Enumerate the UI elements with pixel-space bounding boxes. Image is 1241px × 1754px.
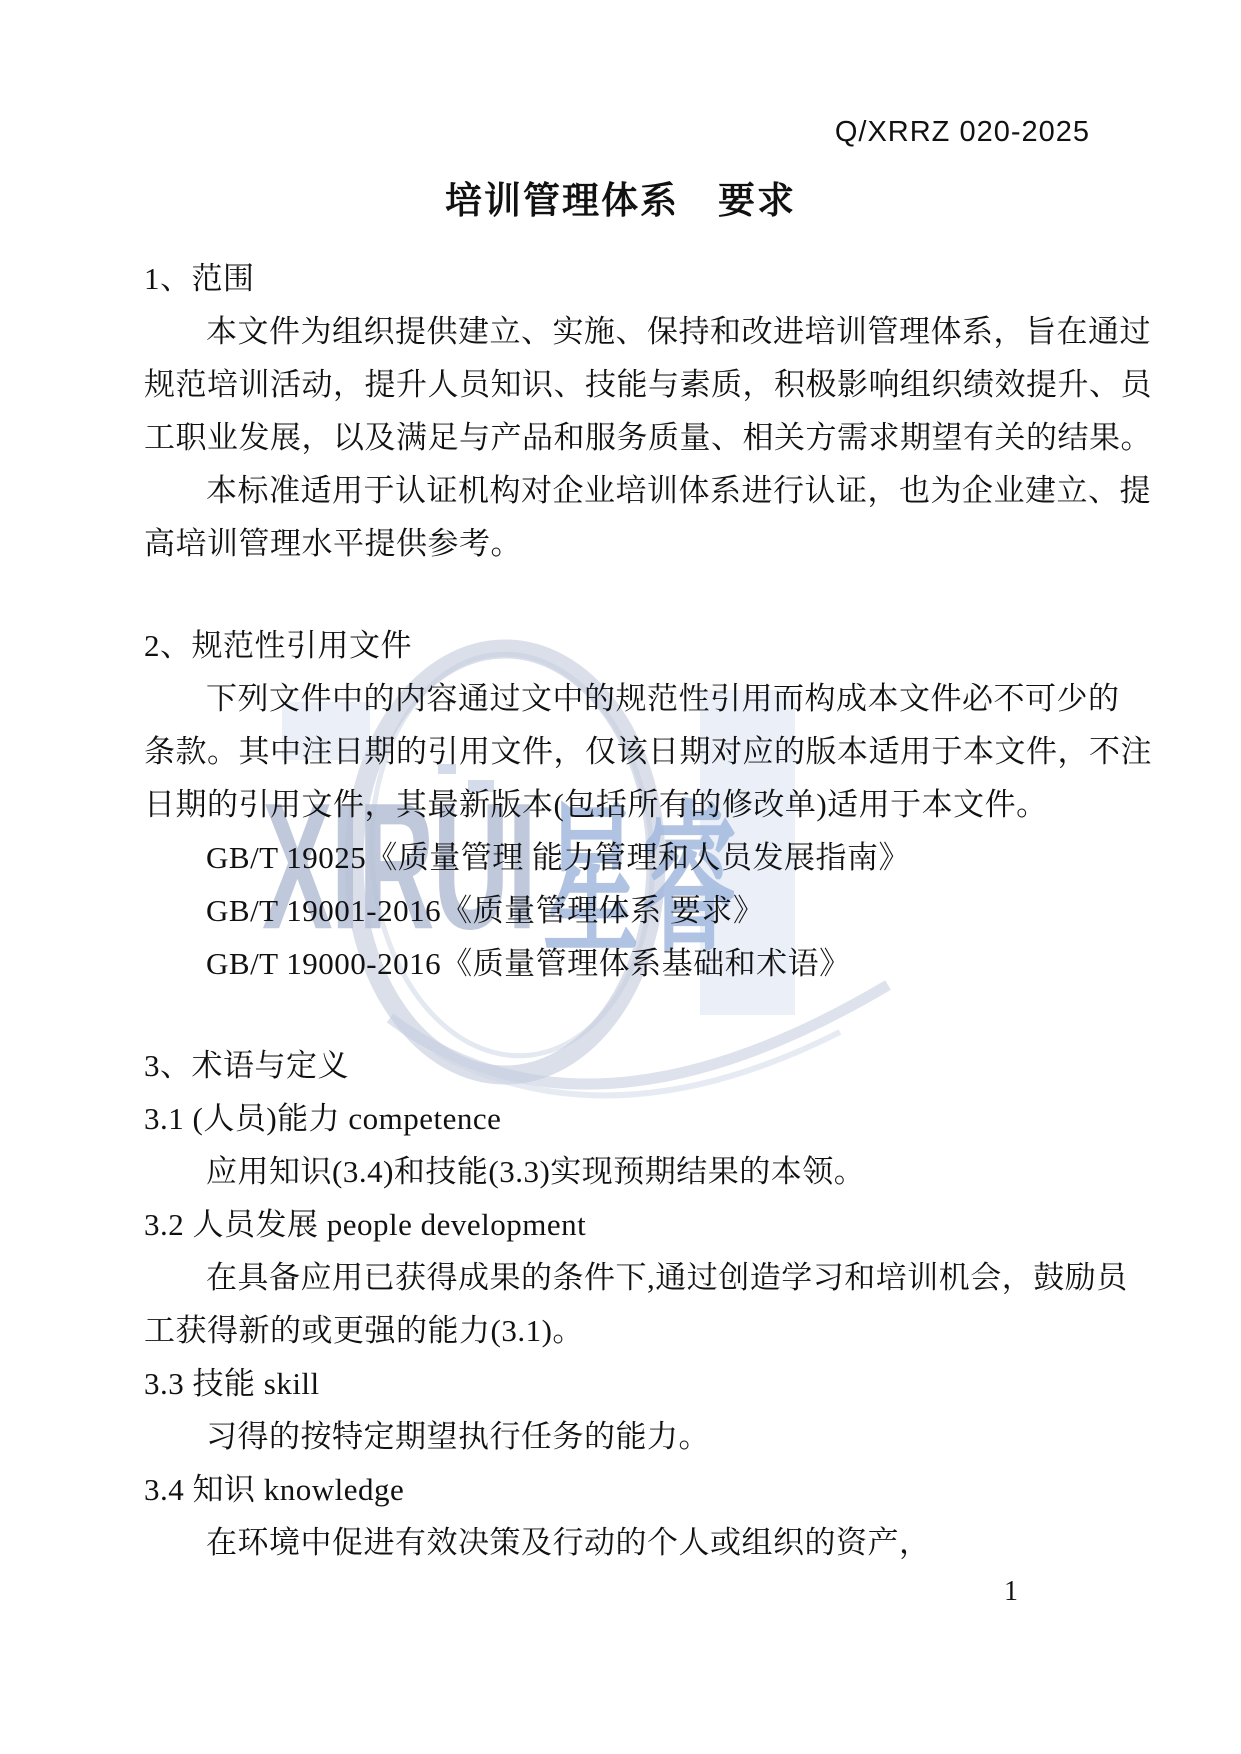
document-body: 1、范围 本文件为组织提供建立、实施、保持和改进培训管理体系，旨在通过 规范培训… (144, 252, 1104, 1569)
reference-line: GB/T 19025《质量管理 能力管理和人员发展指南》 (144, 831, 1104, 884)
body-line: 工职业发展，以及满足与产品和服务质量、相关方需求期望有关的结果。 (144, 411, 1104, 464)
term-heading: 3.2 人员发展 people development (144, 1198, 1104, 1251)
section-2-heading: 2、规范性引用文件 (144, 619, 1104, 672)
page-number: 1 (1004, 1576, 1018, 1608)
term-heading: 3.1 (人员)能力 competence (144, 1092, 1104, 1145)
body-line: 下列文件中的内容通过文中的规范性引用而构成本文件必不可少的 (144, 672, 1104, 725)
blank-line (144, 570, 1104, 619)
doc-number: Q/XRRZ 020-2025 (835, 116, 1090, 149)
term-definition: 习得的按特定期望执行任务的能力。 (144, 1410, 1104, 1463)
term-definition: 在具备应用已获得成果的条件下,通过创造学习和培训机会，鼓励员 (144, 1251, 1104, 1304)
body-line: 日期的引用文件，其最新版本(包括所有的修改单)适用于本文件。 (144, 778, 1104, 831)
page-title: 培训管理体系 要求 (0, 170, 1241, 224)
body-line: 规范培训活动，提升人员知识、技能与素质，积极影响组织绩效提升、员 (144, 358, 1104, 411)
body-line: 本文件为组织提供建立、实施、保持和改进培训管理体系，旨在通过 (144, 305, 1104, 358)
reference-line: GB/T 19001-2016《质量管理体系 要求》 (144, 884, 1104, 937)
term-definition: 工获得新的或更强的能力(3.1)。 (144, 1304, 1104, 1357)
document-page: XIRUI 星睿 Q/XRRZ 020-2025 培训管理体系 要求 1、范围 … (0, 0, 1241, 1754)
section-1-heading: 1、范围 (144, 252, 1104, 305)
blank-line (144, 990, 1104, 1039)
section-3-heading: 3、术语与定义 (144, 1039, 1104, 1092)
body-line: 本标准适用于认证机构对企业培训体系进行认证，也为企业建立、提 (144, 464, 1104, 517)
term-heading: 3.4 知识 knowledge (144, 1463, 1104, 1516)
term-definition: 应用知识(3.4)和技能(3.3)实现预期结果的本领。 (144, 1145, 1104, 1198)
term-definition: 在环境中促进有效决策及行动的个人或组织的资产， (144, 1516, 1104, 1569)
term-heading: 3.3 技能 skill (144, 1357, 1104, 1410)
body-line: 高培训管理水平提供参考。 (144, 517, 1104, 570)
body-line: 条款。其中注日期的引用文件，仅该日期对应的版本适用于本文件，不注 (144, 725, 1104, 778)
reference-line: GB/T 19000-2016《质量管理体系基础和术语》 (144, 937, 1104, 990)
